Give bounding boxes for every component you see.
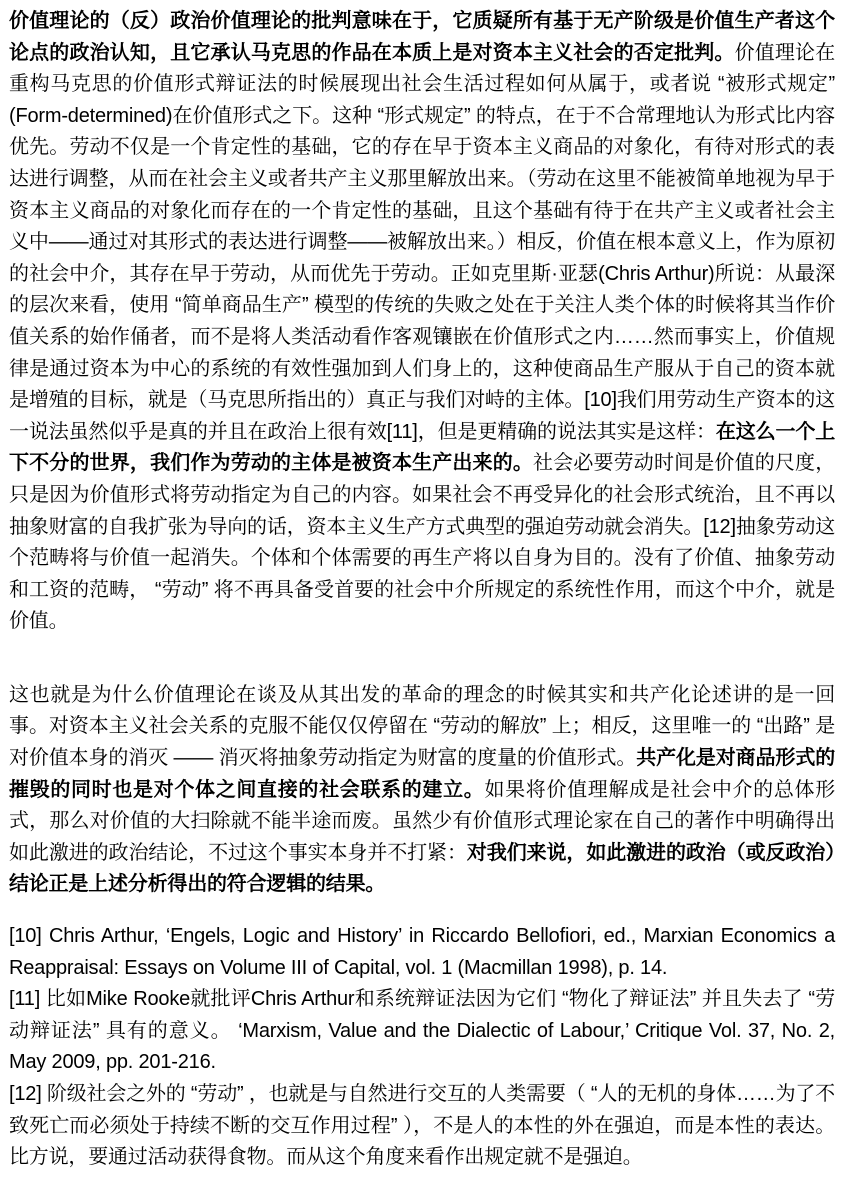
paragraph-2: 这也就是为什么价值理论在谈及从其出发的革命的理念的时候其实和共产化论述讲的是一回… [9,680,835,901]
emphasis-text: 价值理论的（反）政治价值理论的批判意味在于，它质疑所有基于无产阶级是价值生产者这… [9,10,835,64]
footnote-10: [10] Chris Arthur, ‘Engels, Logic and Hi… [9,921,835,984]
paragraph-1: 价值理论的（反）政治价值理论的批判意味在于，它质疑所有基于无产阶级是价值生产者这… [9,6,835,638]
body-text: 社会必要劳动时间是价值的尺度，只是因为价值形式将劳动指定为自己的内容。如果社会不… [9,452,835,632]
body-text: 价值理论在重构马克思的价值形式辩证法的时候展现出社会生活过程如何从属于，或者说 … [9,42,835,443]
footnote-11: [11] 比如Mike Rooke就批评Chris Arthur和系统辩证法因为… [9,984,835,1079]
body-text: [11] 比如Mike Rooke就批评Chris Arthur和系统辩证法因为… [9,988,835,1073]
article-body: 价值理论的（反）政治价值理论的批判意味在于，它质疑所有基于无产阶级是价值生产者这… [9,6,835,1174]
document-page: 价值理论的（反）政治价值理论的批判意味在于，它质疑所有基于无产阶级是价值生产者这… [0,0,844,1182]
body-text: [12] 阶级社会之外的 “劳动” ，也就是与自然进行交互的人类需要（ “人的无… [9,1083,835,1168]
body-text: [10] Chris Arthur, ‘Engels, Logic and Hi… [9,925,835,979]
footnote-12: [12] 阶级社会之外的 “劳动” ，也就是与自然进行交互的人类需要（ “人的无… [9,1079,835,1174]
